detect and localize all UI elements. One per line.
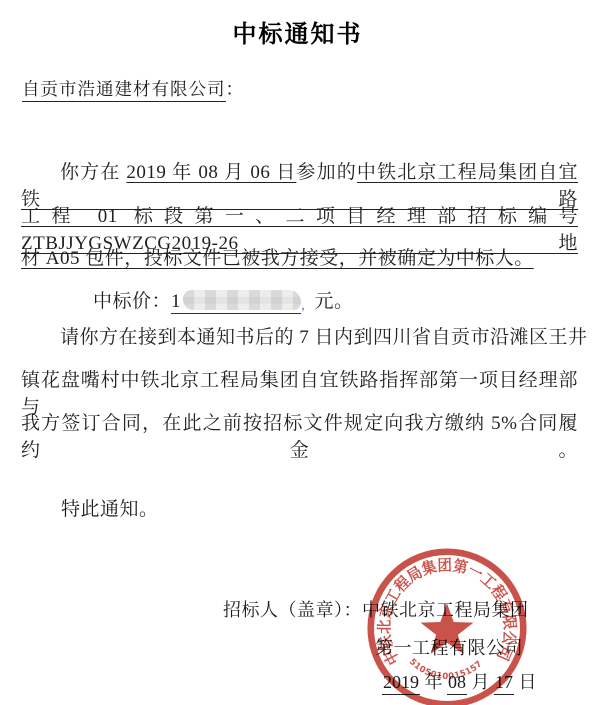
sign-date-year-unit: 年	[420, 672, 447, 692]
price-redaction-mosaic	[183, 290, 301, 310]
p1-project-name-end: 材 A05 包件，投标文件已被我方接受，并被确定为中标人。	[21, 248, 534, 269]
signature-date-line: 2019 年 08 月 17 日	[382, 668, 537, 694]
tenderer-label: 招标人（盖章）：	[223, 600, 362, 620]
salutation-line: 自贡市浩通建材有限公司：	[22, 76, 244, 101]
sign-date-day-unit: 日	[514, 672, 537, 692]
price-value-underlined: 1	[171, 290, 301, 314]
salutation-colon: ：	[226, 79, 245, 99]
signature-line1: 招标人（盖章）：中铁北京工程局集团	[223, 596, 529, 622]
p1-mid-text: 参加的	[296, 162, 356, 183]
tenderer-company-line1: 中铁北京工程局集团	[362, 600, 529, 620]
price-label: 中标价：	[93, 291, 171, 312]
closing-line: 特此通知。	[61, 494, 159, 521]
recipient-company: 自贡市浩通建材有限公司	[22, 79, 226, 102]
price-line: 中标价：1，元。	[93, 286, 354, 314]
paragraph2-line1: 请你方在接到本通知书后的 7 日内到四川省自贡市沿滩区王井	[21, 322, 578, 349]
paragraph1-line3: 材 A05 包件，投标文件已被我方接受，并被确定为中标人。	[21, 243, 578, 270]
tenderer-company-line2: 第一工程有限公司	[375, 638, 523, 658]
signature-line2: 第一工程有限公司	[375, 634, 523, 660]
p1-pre-text: 你方在	[60, 162, 126, 183]
page: { "title": "中标通知书", "salutation": { "com…	[0, 0, 595, 705]
price-visible-digit: 1	[171, 291, 181, 312]
sign-date-day: 17	[494, 672, 514, 695]
p1-bid-date: 2019 年 08 月 06 日	[126, 162, 296, 183]
notice-title: 中标通知书	[0, 14, 595, 49]
paragraph2-line3: 我方签订合同，在此之前按招标文件规定向我方缴纳 5%合同履约金。	[21, 408, 578, 462]
sign-date-month-unit: 月	[467, 672, 494, 692]
sign-date-year: 2019	[382, 672, 420, 695]
sign-date-month: 08	[447, 672, 467, 695]
price-suffix: 元。	[315, 291, 354, 312]
price-comma-artifact: ，	[301, 298, 314, 312]
